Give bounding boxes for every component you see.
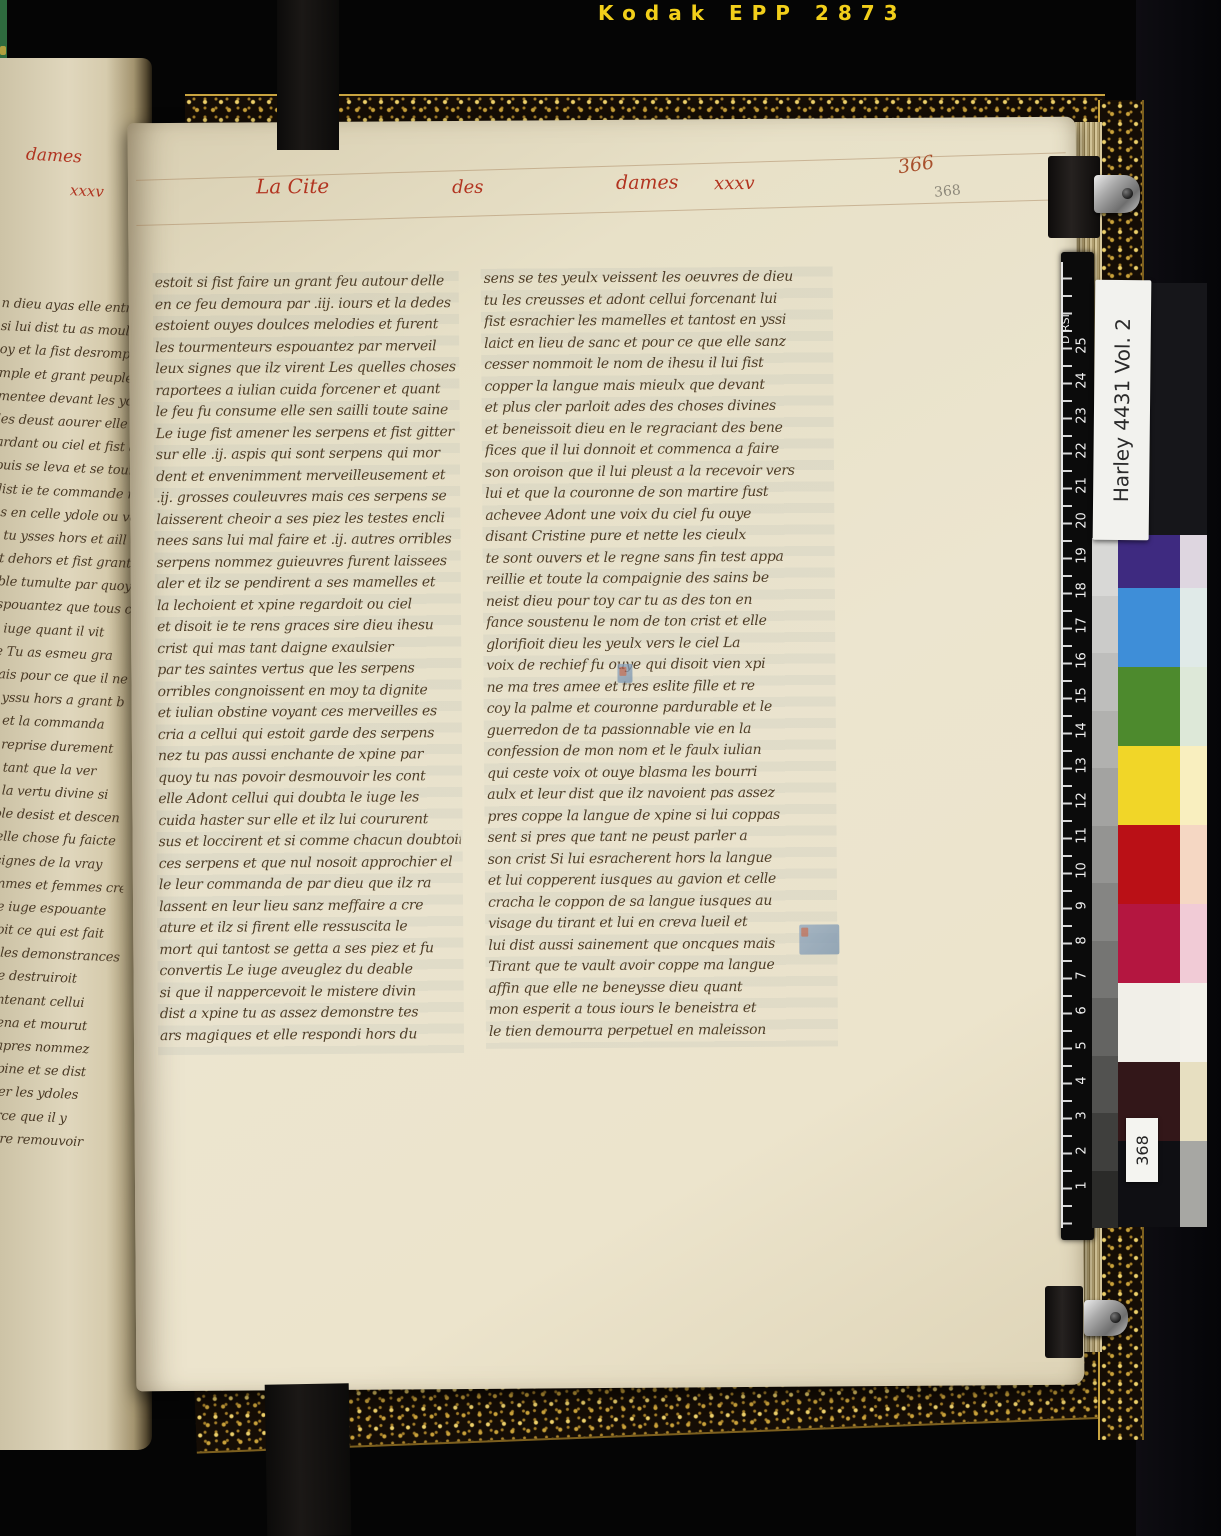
manuscript-line: leux signes que ilz virent Les quelles c… xyxy=(155,359,457,383)
manuscript-line: fices que il lui donnoit et commenca a f… xyxy=(485,440,833,464)
manuscript-line: estoient ouyes doulces melodies et furen… xyxy=(155,316,457,340)
folio-chip: 368 xyxy=(1126,1118,1158,1182)
folio-number-ink: 366 xyxy=(896,151,935,178)
patch-white xyxy=(1118,983,1180,1062)
patch-green xyxy=(1118,667,1180,746)
manuscript-line: reillie et toute la compaignie des sains… xyxy=(486,569,834,593)
manuscript-line: quoy tu nas povoir desmouvoir les cont xyxy=(158,768,460,792)
manuscript-line: le feu fu consume elle sen sailli toute … xyxy=(156,402,458,426)
clasp-strap-top xyxy=(1048,156,1100,238)
patch-near-black-tint xyxy=(1180,1141,1207,1227)
manuscript-line: te sont ouvers et le regne sans fin test… xyxy=(486,548,834,572)
grayscale-strip xyxy=(1092,538,1119,1228)
grayscale-step xyxy=(1092,998,1119,1056)
manuscript-line: serpens nommez guieuvres furent laissees xyxy=(157,553,459,577)
manuscript-line: laisserent cheoir a ses piez les testes … xyxy=(156,510,458,534)
manuscript-line: qui ceste voix ot ouye blasma les bourri xyxy=(487,763,835,787)
manuscript-line: le tien demourra perpetuel en maleisson xyxy=(489,1021,837,1045)
running-header-numeral: xxxv xyxy=(714,173,755,194)
color-patch-row xyxy=(1118,983,1207,1062)
color-patch-row xyxy=(1118,588,1207,667)
facing-running-header-dames: dames xyxy=(26,145,83,168)
folio-number-pencil: 368 xyxy=(933,182,961,200)
grayscale-step xyxy=(1092,596,1119,654)
manuscript-line: tu les creusses et adont cellui forcenan… xyxy=(484,290,832,314)
manuscript-line: .ij. grosses couleuvres mais ces serpens… xyxy=(156,488,458,512)
manuscript-line: ces serpens et que nul nosoit approchier… xyxy=(159,854,461,878)
manuscript-line: lassent en leur lieu sanz meffaire a cre xyxy=(159,897,461,921)
photographic-ruler: D RSI 2524232221201918171615141312111098… xyxy=(1061,252,1094,1240)
manuscript-line: mon esperit a tous iours le beneistra et xyxy=(489,999,837,1023)
manuscript-line: cesser nommoit le nom de ihesu il lui fi… xyxy=(484,354,832,378)
grayscale-step xyxy=(1092,883,1119,941)
manuscript-line: la lechoient et xpine regardoit ou ciel xyxy=(157,596,459,620)
manuscript-line: raportees a iulian cuida forcener et qua… xyxy=(155,381,457,405)
manuscript-line: fance soustenu le nom de ton crist et el… xyxy=(486,612,834,636)
manuscript-line: convertis Le iuge aveuglez du deable xyxy=(159,961,461,985)
folio-chip-text: 368 xyxy=(1132,1135,1151,1166)
grayscale-step xyxy=(1092,711,1119,769)
manuscript-line: sent si pres que tant ne peust parler a xyxy=(488,827,836,851)
manuscript-line: sur elle .ij. aspis qui sont serpens qui… xyxy=(156,445,458,469)
patch-maroon-tint xyxy=(1180,1062,1207,1141)
patch-yellow-tint xyxy=(1180,746,1207,825)
manuscript-line: laict en lieu de sanc et pour ce que ell… xyxy=(484,333,832,357)
manuscript-line: et beneissoit dieu en le regraciant des … xyxy=(485,419,833,443)
manuscript-line: mort qui tantost se getta a ses piez et … xyxy=(159,940,461,964)
ruled-header-line xyxy=(136,199,1071,226)
patch-purple-tint xyxy=(1180,535,1207,588)
text-column-right: sens se tes yeulx veissent les oeuvres d… xyxy=(484,268,837,1044)
patch-blue-tint xyxy=(1180,588,1207,667)
manuscript-line: copper la langue mais mieulx que devant xyxy=(484,376,832,400)
color-patch-row xyxy=(1118,825,1207,904)
manuscript-line: son crist Si lui esracherent hors la lan… xyxy=(488,849,836,873)
patch-white-tint xyxy=(1180,983,1207,1062)
grayscale-step xyxy=(1092,653,1119,711)
manuscript-line: coy la palme et couronne pardurable et l… xyxy=(487,698,835,722)
paraph-mark xyxy=(617,664,632,683)
running-header-la-cite: La Cite xyxy=(256,174,329,199)
patch-crimson-tint xyxy=(1180,904,1207,983)
color-patch-row xyxy=(1118,535,1207,588)
clasp-top xyxy=(1094,175,1140,213)
clasp-rivet xyxy=(1110,1312,1121,1323)
manuscript-page: La Cite des dames xxxv 366 368 estoit si… xyxy=(128,117,1085,1392)
fabric-strap-bottom xyxy=(265,1383,352,1536)
grayscale-step xyxy=(1092,1056,1119,1114)
manuscript-line: voix de rechief fu ouye qui disoit vien … xyxy=(486,655,834,679)
manuscript-line: cria a cellui qui estoit garde des serpe… xyxy=(158,725,460,749)
manuscript-line: neist dieu pour toy car tu as des ton en xyxy=(486,591,834,615)
clasp-rivet xyxy=(1122,188,1133,199)
manuscript-line: le leur commanda de par dieu que ilz ra xyxy=(159,875,461,899)
clasp-bottom xyxy=(1084,1300,1128,1336)
grayscale-step xyxy=(1092,768,1119,826)
manuscript-line: pres coppe la langue de xpine si lui cop… xyxy=(487,806,835,830)
manuscript-line: visage du tirant et lui en creva lueil e… xyxy=(488,913,836,937)
paraph-mark xyxy=(799,924,839,954)
grayscale-step xyxy=(1092,538,1119,596)
grayscale-step xyxy=(1092,1171,1119,1229)
manuscript-line: cuida haster sur elle et ilz lui courure… xyxy=(158,811,460,835)
patch-red xyxy=(1118,825,1180,904)
manuscript-line: et plus cler parloit ades des choses div… xyxy=(485,397,833,421)
shelfmark-label: Harley 4431 Vol. 2 xyxy=(1093,280,1152,541)
manuscript-line: fist esrachier les mamelles et tantost e… xyxy=(484,311,832,335)
manuscript-line: sus et loccirent et si comme chacun doub… xyxy=(159,832,461,856)
photograph-stage: Kodak EPP 2873 dames xxxv n dieu ayas el… xyxy=(0,0,1221,1536)
film-frame-label: Kodak EPP 2873 xyxy=(598,1,907,25)
manuscript-line: achevee Adont une voix du ciel fu ouye xyxy=(485,505,833,529)
color-patch-row xyxy=(1118,746,1207,825)
manuscript-line: sens se tes yeulx veissent les oeuvres d… xyxy=(484,268,832,292)
manuscript-line: dent et envenimment merveilleusement et xyxy=(156,467,458,491)
manuscript-line: si que il nappercevoit le mistere divin xyxy=(160,983,462,1007)
grayscale-step xyxy=(1092,1113,1119,1171)
manuscript-line: dist a xpine tu as assez demonstre tes xyxy=(160,1004,462,1028)
manuscript-line: guerredon de ta passionnable vie en la xyxy=(487,720,835,744)
facing-page-text-fragments: n dieu ayas elle entresi lui dist tu as … xyxy=(0,296,148,1167)
patch-yellow xyxy=(1118,746,1180,825)
manuscript-line: son oroison que il lui pleust a la recev… xyxy=(485,462,833,486)
manuscript-line: les tourmenteurs espouantez par merveil xyxy=(155,338,457,362)
manuscript-line: estoit si fist faire un grant feu autour… xyxy=(155,273,457,297)
fabric-strap-top xyxy=(277,0,339,150)
ruler-numbers: 2524232221201918171615141312111098765432… xyxy=(1070,328,1094,1203)
manuscript-line: nees sans lui mal faire et .ij. autres o… xyxy=(156,531,458,555)
grayscale-step xyxy=(1092,941,1119,999)
patch-purple xyxy=(1118,535,1180,588)
manuscript-line: orribles congnoissent en moy ta dignite xyxy=(157,682,459,706)
running-header-des: des xyxy=(452,177,484,198)
manuscript-line: nez tu pas aussi enchante de xpine par xyxy=(158,746,460,770)
manuscript-line: crist qui mas tant daigne exaulsier xyxy=(157,639,459,663)
manuscript-line: lui et que la couronne de son martire fu… xyxy=(485,483,833,507)
manuscript-line: affin que elle ne beneysse dieu quant xyxy=(489,978,837,1002)
manuscript-line: glorifioit dieu les yeulx vers le ciel L… xyxy=(486,634,834,658)
manuscript-line: Tirant que te vault avoir coppe ma langu… xyxy=(488,956,836,980)
manuscript-line: par tes saintes vertus que les serpens xyxy=(157,660,459,684)
edge-dot xyxy=(0,46,6,55)
patch-blue xyxy=(1118,588,1180,667)
manuscript-line: ne ma tres amee et tres eslite fille et … xyxy=(486,677,834,701)
text-column-left: estoit si fist faire un grant feu autour… xyxy=(155,273,462,1049)
manuscript-line: et disoit ie te rens graces sire dieu ih… xyxy=(157,617,459,641)
manuscript-line: ars magiques et elle respondi hors du xyxy=(160,1026,462,1050)
running-header-dames: dames xyxy=(616,171,679,193)
manuscript-line: aulx et leur dist que ilz navoient pas a… xyxy=(487,784,835,808)
manuscript-line: cracha le coppon de sa langue iusques au xyxy=(488,892,836,916)
patch-green-tint xyxy=(1180,667,1207,746)
grayscale-step xyxy=(1092,826,1119,884)
manuscript-line: disant Cristine pure et nette les cieulx xyxy=(485,526,833,550)
color-patch-row xyxy=(1118,904,1207,983)
facing-running-header-numeral: xxxv xyxy=(70,181,105,201)
clasp-strap-bottom xyxy=(1045,1286,1083,1358)
manuscript-line: confession de mon nom et le faulx iulian xyxy=(487,741,835,765)
color-patch-row xyxy=(1118,667,1207,746)
patch-crimson xyxy=(1118,904,1180,983)
manuscript-line: lui dist aussi sainement que oncques mai… xyxy=(488,935,836,959)
manuscript-line: en ce feu demoura par .iij. iours et la … xyxy=(155,295,457,319)
shelfmark-label-text: Harley 4431 Vol. 2 xyxy=(1109,318,1135,502)
manuscript-line: et lui copperent iusques au gavion et ce… xyxy=(488,870,836,894)
manuscript-line: aler et ilz se pendirent a ses mamelles … xyxy=(157,574,459,598)
manuscript-line: et iulian obstine voyant ces merveilles … xyxy=(158,703,460,727)
manuscript-line: ature et ilz si firent elle ressuscita l… xyxy=(159,918,461,942)
manuscript-line: elle Adont cellui qui doubta le iuge les xyxy=(158,789,460,813)
manuscript-line: Le iuge fist amener les serpens et fist … xyxy=(156,424,458,448)
patch-red-tint xyxy=(1180,825,1207,904)
